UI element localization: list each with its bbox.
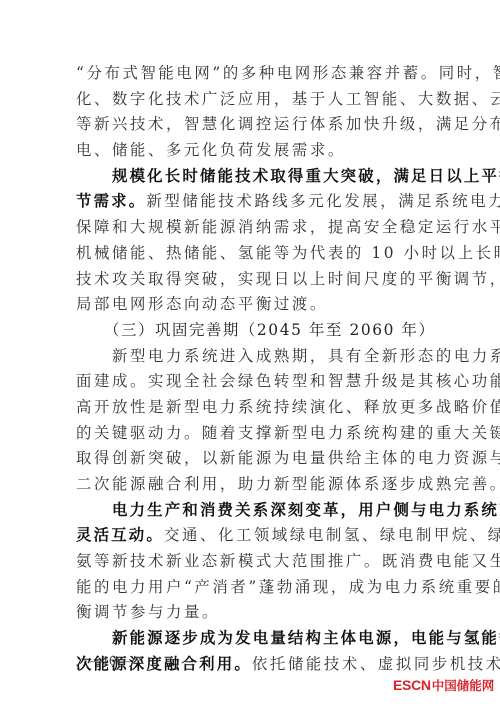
body-text: 交通、化工领域绿电制氢、绿电制甲烷、绿电制: [164, 526, 500, 544]
body-text: 电、储能、多元化负荷发展需求。: [76, 141, 346, 159]
text-line: 二次能源融合利用，助力新型能源体系逐步成熟完善。: [76, 472, 428, 498]
text-line: 新型电力系统进入成熟期，具有全新形态的电力系统全: [76, 344, 428, 370]
text-line: 电力生产和消费关系深刻变革，用户侧与电力系统高度: [76, 498, 428, 524]
text-line: 面建成。实现全社会绿色转型和智慧升级是其核心功能定位，: [76, 369, 428, 395]
text-line: 机械储能、热储能、氢能等为代表的 10 小时以上长时储能: [76, 241, 428, 267]
body-text: 二次能源融合利用，助力新型能源体系逐步成熟完善。: [76, 475, 500, 493]
text-line: 技术攻关取得突破，实现日以上时间尺度的平衡调节，推动: [76, 267, 428, 293]
text-line: 新能源逐步成为发电量结构主体电源，电能与氢能等二: [76, 626, 428, 652]
text-line: 化、数字化技术广泛应用，基于人工智能、大数据、云计算: [76, 87, 428, 113]
text-line: 高开放性是新型电力系统持续演化、释放更多战略价值潜力: [76, 395, 428, 421]
body-text: 衡调节参与力量。: [76, 603, 220, 621]
bold-lead-text: 电力生产和消费关系深刻变革，用户侧与电力系统高度: [112, 501, 500, 519]
text-line: 节需求。新型储能技术路线多元化发展，满足系统电力供应: [76, 189, 428, 215]
text-line: 电、储能、多元化负荷发展需求。: [76, 138, 428, 164]
paragraph-block-1: “分布式智能电网”的多种电网形态兼容并蓄。同时，智能化、数字化技术广泛应用，基于…: [76, 61, 428, 318]
body-text: 氨等新技术新业态新模式大范围推广。既消费电能又生产电: [76, 552, 500, 570]
body-text: 能的电力用户“产消者”蓬勃涌现，成为电力系统重要的平: [76, 578, 500, 596]
body-text: 新型电力系统进入成熟期，具有全新形态的电力系统全: [112, 347, 500, 365]
bold-lead-text: 新能源逐步成为发电量结构主体电源，电能与氢能等二: [112, 629, 500, 647]
paragraph-block-2: 新型电力系统进入成熟期，具有全新形态的电力系统全面建成。实现全社会绿色转型和智慧…: [76, 344, 428, 678]
text-line: “分布式智能电网”的多种电网形态兼容并蓄。同时，智能: [76, 61, 428, 87]
text-line: 规模化长时储能技术取得重大突破，满足日以上平衡调: [76, 164, 428, 190]
text-line: 的关键驱动力。随着支撑新型电力系统构建的重大关键技术: [76, 421, 428, 447]
text-line: 氨等新技术新业态新模式大范围推广。既消费电能又生产电: [76, 549, 428, 575]
section-heading: （三）巩固完善期（2045 年至 2060 年）: [76, 318, 428, 344]
body-text: 高开放性是新型电力系统持续演化、释放更多战略价值潜力: [76, 398, 500, 416]
body-text: 等新兴技术，智慧化调控运行体系加快升级，满足分布式发: [76, 115, 500, 133]
logo-brand: ESCN: [393, 677, 431, 693]
text-line: 取得创新突破，以新能源为电量供给主体的电力资源与其他: [76, 446, 428, 472]
page-number: —16—: [88, 654, 130, 670]
body-text: 的关键驱动力。随着支撑新型电力系统构建的重大关键技术: [76, 424, 500, 442]
body-text: 局部电网形态向动态平衡过渡。: [76, 295, 328, 313]
body-text: “分布式智能电网”的多种电网形态兼容并蓄。同时，智能: [76, 64, 500, 82]
bold-lead-text: 节需求。: [76, 192, 146, 210]
bold-lead-text: 灵活互动。: [76, 526, 164, 544]
escn-watermark-logo: ESCN中国储能网: [393, 676, 494, 694]
body-text: 取得创新突破，以新能源为电量供给主体的电力资源与其他: [76, 449, 500, 467]
body-text: 技术攻关取得突破，实现日以上时间尺度的平衡调节，推动: [76, 270, 500, 288]
body-text: 新型储能技术路线多元化发展，满足系统电力供应: [146, 192, 500, 210]
logo-name: 中国储能网: [432, 679, 495, 693]
text-line: 灵活互动。交通、化工领域绿电制氢、绿电制甲烷、绿电制: [76, 523, 428, 549]
body-text: 保障和大规模新能源消纳需求，提高安全稳定运行水平。以: [76, 218, 500, 236]
text-line: 衡调节参与力量。: [76, 600, 428, 626]
document-page: “分布式智能电网”的多种电网形态兼容并蓄。同时，智能化、数字化技术广泛应用，基于…: [76, 61, 428, 678]
text-line: 能的电力用户“产消者”蓬勃涌现，成为电力系统重要的平: [76, 575, 428, 601]
text-line: 保障和大规模新能源消纳需求，提高安全稳定运行水平。以: [76, 215, 428, 241]
text-line: 局部电网形态向动态平衡过渡。: [76, 292, 428, 318]
body-text: 面建成。实现全社会绿色转型和智慧升级是其核心功能定位，: [76, 372, 500, 390]
body-text: 机械储能、热储能、氢能等为代表的 10 小时以上长时储能: [76, 244, 500, 262]
body-text: 依托储能技术、虚拟同步机技术、长: [252, 655, 500, 673]
text-line: 等新兴技术，智慧化调控运行体系加快升级，满足分布式发: [76, 112, 428, 138]
bold-lead-text: 规模化长时储能技术取得重大突破，满足日以上平衡调: [112, 167, 500, 185]
body-text: 化、数字化技术广泛应用，基于人工智能、大数据、云计算: [76, 90, 500, 108]
